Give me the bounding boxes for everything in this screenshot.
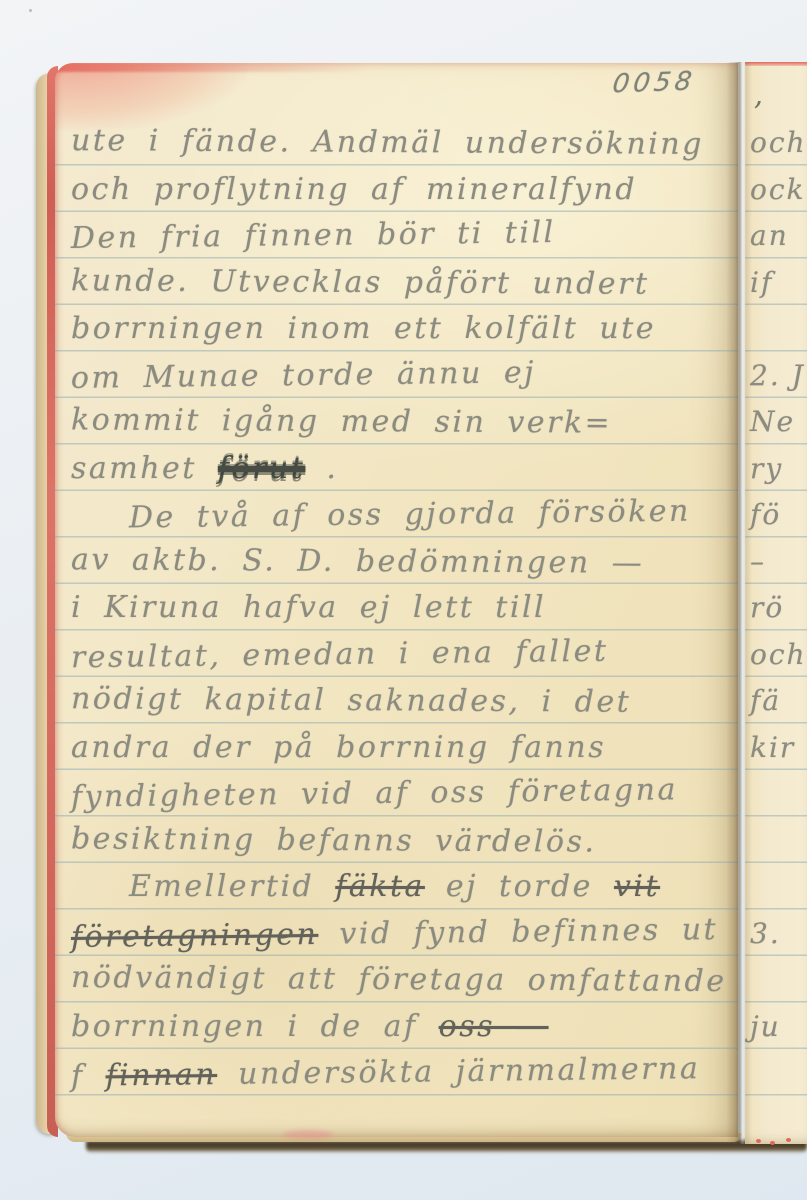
handwriting-fragment: kir [750,731,795,764]
handwriting-fragment: Ne [750,405,795,438]
handwriting-line: företagningen vid fynd befinnes ut [71,912,719,967]
handwriting-line: samhet förut . [71,451,338,498]
handwriting-line: och proflytning af mineralfynd [71,172,637,219]
handwriting-fragment: 3. [750,917,781,950]
handwriting-line: i Kiruna hafva ej lett till [71,590,546,637]
red-edge-speck [786,1138,791,1142]
red-edge-speck [756,1139,761,1143]
handwriting-fragment: ju [750,1010,781,1043]
handwriting-line: fyndigheten vid af oss företagna [71,772,678,826]
struck-handwriting-segment: förut [218,451,305,486]
pink-smudge [283,1130,333,1139]
handwriting-line: nödigt kapital saknades, i det [71,681,631,731]
handwriting-segment: samhet [71,451,218,486]
handwriting-segment: De två af oss gjorda försöken [129,494,691,536]
handwriting-line: om Munae torde ännu ej [71,355,537,408]
handwriting-line: av aktb. S. D. bedömningen — [71,542,644,593]
dust-speck [29,9,32,12]
struck-handwriting-segment: vit [614,869,660,904]
handwriting-fragment: ry [750,452,783,485]
red-edge-speck [770,1141,775,1145]
handwriting-segment: borrningen inom ett kolfält ute [71,311,656,346]
handwriting-line: borrningen inom ett kolfält ute [71,311,656,358]
handwriting-segment: vid fynd befinnes ut [318,912,718,952]
red-top-edge-tint [55,63,395,72]
struck-handwriting-segment: företagningen [71,916,319,954]
handwriting-fragment: rö [750,591,784,624]
handwriting-line: f finnan undersökta järnmalmerna [71,1051,701,1106]
handwriting-segment: kommit igång med sin verk= [71,402,612,440]
handwriting-line: Den fria finnen bör ti till [71,215,556,268]
handwriting-line: kommit igång med sin verk= [71,402,612,452]
handwriting-segment: och proflytning af mineralfynd [71,172,637,207]
page-number: 0058 [611,67,698,100]
handwriting-fragment: ock [750,173,806,206]
handwriting-segment: andra der på borrning fanns [71,730,606,765]
struck-handwriting-segment: oss — [439,1009,549,1044]
handwriting-segment: borrningen i de af [71,1009,439,1044]
red-corner-tint [55,63,247,129]
handwriting-line: resultat, emedan i ena fallet [71,633,609,687]
handwriting-fragment: och [750,126,807,159]
handwriting-segment: . [305,451,338,486]
handwriting-segment: nödvändigt att företaga omfattande [71,960,727,999]
handwriting-segment: besiktning befanns värdelös. [71,821,597,859]
struck-handwriting-segment: finnan [105,1057,217,1093]
handwriting-fragment: if [750,266,773,299]
handwriting-segment: Den fria finnen bör ti till [71,215,556,256]
handwriting-segment: nödigt kapital saknades, i det [71,681,631,719]
handwriting-fragment: fö [750,498,781,531]
handwriting-segment: fyndigheten vid af oss företagna [71,772,678,814]
handwriting-line: nödvändigt att företaga omfattande [71,960,727,1011]
handwriting-segment: om Munae torde ännu ej [71,355,536,396]
handwriting-fragment: an [750,219,789,252]
handwriting-segment: i Kiruna hafva ej lett till [71,590,546,625]
handwriting-segment: undersökta järnmalmerna [217,1051,701,1092]
handwriting-segment: av aktb. S. D. bedömningen — [71,542,644,581]
handwriting-segment: Emellertid [129,869,335,904]
red-top-edge-tint [745,62,807,66]
handwriting-line: Emellertid fäkta ej torde vit [129,869,660,916]
handwriting-line: ute i fände. Andmäl undersökning [71,123,704,174]
handwriting-line: besiktning befanns värdelös. [71,821,597,871]
handwriting-line: andra der på borrning fanns [71,730,606,777]
handwriting-segment: ute i fände. Andmäl undersökning [71,123,704,162]
handwriting-fragment: fä [750,684,781,717]
handwriting-fragment: 2. J [750,359,805,392]
handwriting-segment: ej torde [425,869,614,904]
handwriting-fragment: – [750,545,766,578]
notebook-photo: 0058 ute i fände. Andmäl undersökningoch… [0,0,807,1200]
handwriting-segment: f [71,1058,106,1093]
left-page: 0058 ute i fände. Andmäl undersökningoch… [55,63,738,1137]
handwriting-line: kunde. Utvecklas påfört undert [71,263,650,314]
right-page-partial: ’ ochockanif2. JNeryfö–röochfäkir3.ju [745,62,807,1144]
struck-handwriting-segment: fäkta [335,869,425,904]
handwriting-line: De två af oss gjorda försöken [129,494,691,548]
handwriting-line: borrningen i de af oss — [71,1009,549,1056]
handwriting-segment: resultat, emedan i ena fallet [71,633,609,675]
handwriting-segment: kunde. Utvecklas påfört undert [71,263,650,302]
handwriting-fragment: och [750,638,807,671]
